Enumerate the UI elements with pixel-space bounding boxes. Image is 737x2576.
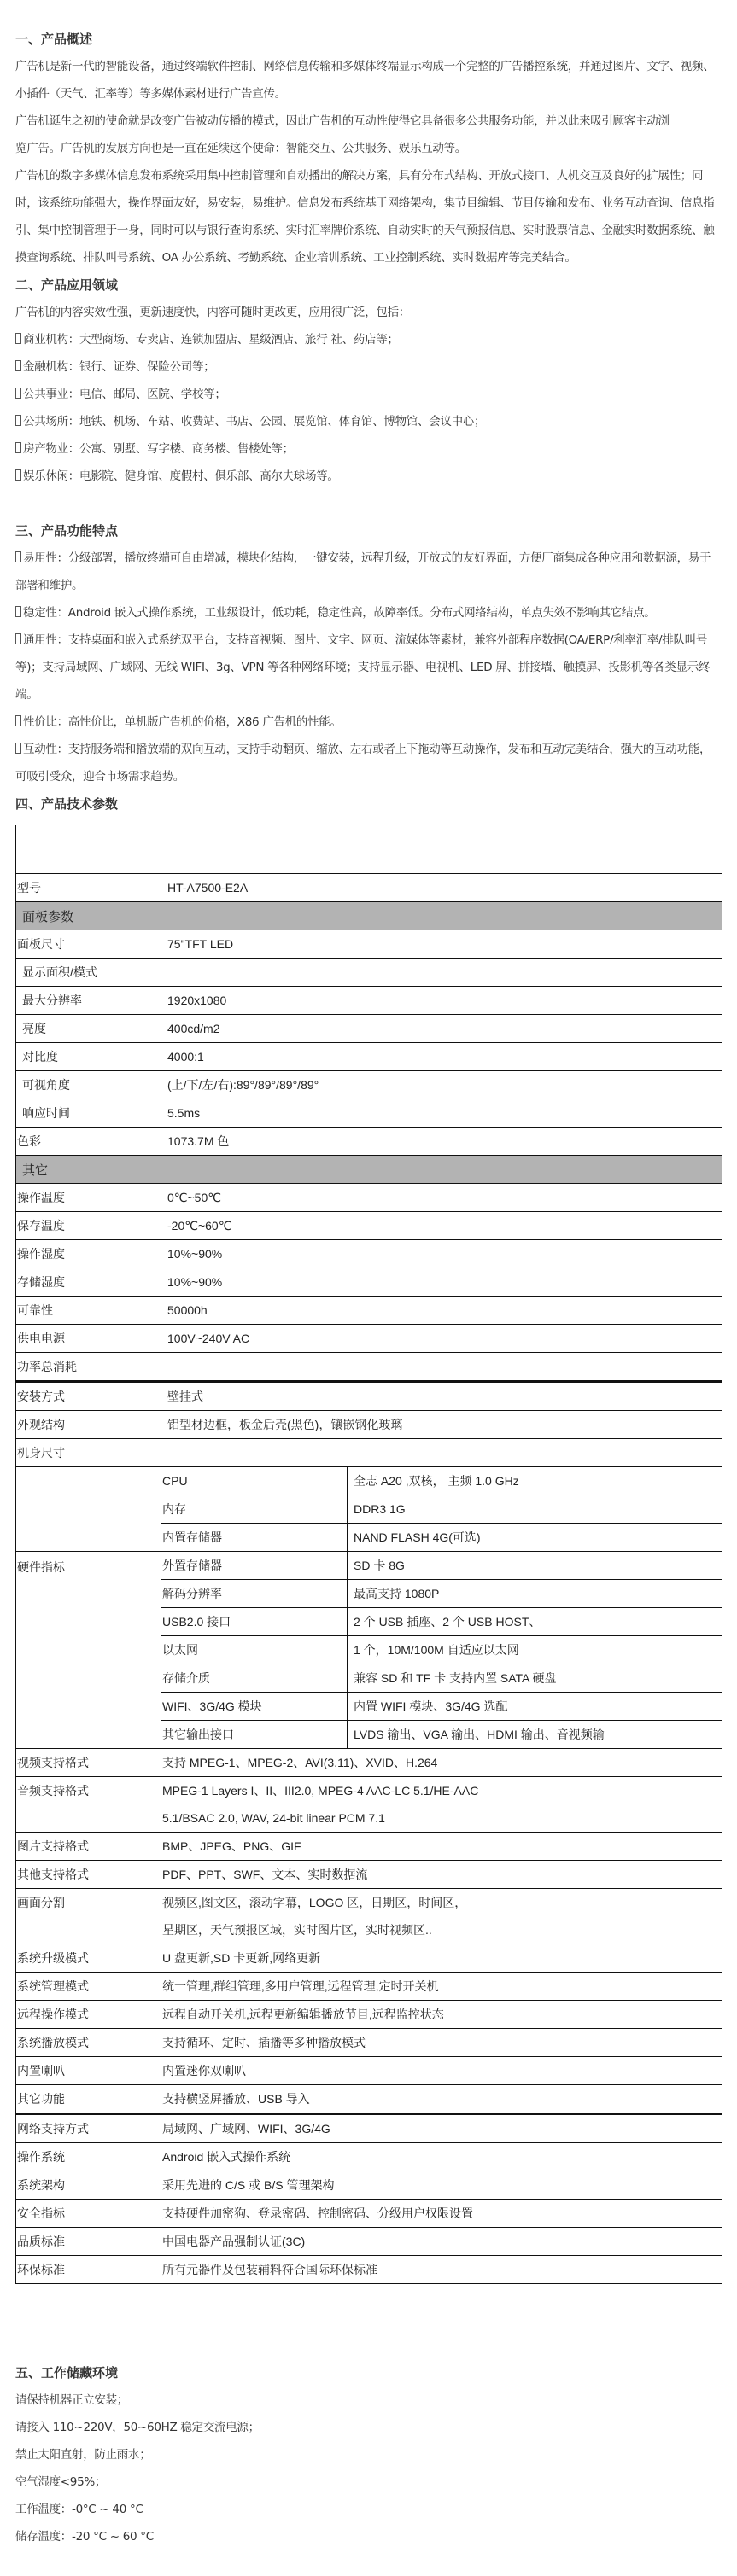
spec-label: 显示面积/模式 [16,959,161,987]
spec-value: 内置迷你双喇叭 [161,2057,722,2085]
spec-label: 存储湿度 [16,1268,161,1297]
spec-label: 亮度 [16,1015,161,1043]
hw-label: 其它输出接口 [161,1721,348,1749]
spec-label: 内置喇叭 [16,2057,161,2085]
hw-value: LVDS 输出、VGA 输出、HDMI 输出、音视频输 [348,1721,722,1749]
system-row: 操作系统Android 嵌入式操作系统 [16,2143,722,2171]
spec-table-blank-row [16,825,722,874]
spec-value [161,1439,722,1467]
format-row: 内置喇叭内置迷你双喇叭 [16,2057,722,2085]
spec-value-multiline: MPEG-1 Layers I、II、III2.0, MPEG-4 AAC-LC… [161,1777,722,1833]
spec-value: 远程自动开关机,远程更新编辑播放节目,远程监控状态 [161,2001,722,2029]
hw-label: 外置存储器 [161,1552,348,1580]
hw-label: CPU [161,1467,348,1495]
spec-label: 色彩 [16,1128,161,1156]
spec-value: HT-A7500-E2A [161,874,722,902]
spec-label: 系统管理模式 [16,1973,161,2001]
format-row: 系统播放模式支持循环、定时、插播等多种播放模式 [16,2029,722,2057]
overview-paragraph: 广告机的数字多媒体信息发布系统采用集中控制管理和自动播出的解决方案，具有分布式结… [15,162,722,271]
hw-label: 存储介质 [161,1664,348,1693]
hw-value: 1 个，10M/100M 自适应以太网 [348,1636,722,1664]
hardware-row: 硬件指标 外置存储器 SD 卡 8G [16,1552,722,1580]
environment-item: 储存温度：-20 °C ~ 60 °C [15,2523,722,2550]
spec-value: Android 嵌入式操作系统 [161,2143,722,2171]
spec-value: 1920x1080 [161,987,722,1015]
spec-value: PDF、PPT、SWF、文本、实时数据流 [161,1861,722,1889]
spec-label: 环保标准 [16,2256,161,2284]
spec-value [161,959,722,987]
system-row: 环保标准所有元器件及包装辅料符合国际环保标准 [16,2256,722,2284]
spec-value: 支持循环、定时、插播等多种播放模式 [161,2029,722,2057]
applications-item: 公共事业：电信、邮局、医院、学校等； [15,381,722,408]
format-row: 视频支持格式支持 MPEG-1、MPEG-2、AVI(3.11)、XVID、H.… [16,1749,722,1777]
spec-value: 75"TFT LED [161,930,722,959]
spec-group-panel: 面板参数 [16,902,722,930]
spec-row: 安装方式壁挂式 [16,1382,722,1411]
hw-label: 以太网 [161,1636,348,1664]
spec-value: U 盘更新,SD 卡更新,网络更新 [161,1944,722,1973]
spec-group-other: 其它 [16,1156,722,1184]
spec-value: 支持横竖屏播放、USB 导入 [161,2085,722,2114]
features-item: 互动性：支持服务端和播放端的双向互动，支持手动翻页、缩放、左右或者上下拖动等互动… [15,736,722,790]
spec-label: 其他支持格式 [16,1861,161,1889]
applications-item: 公共场所：地铁、机场、车站、收费站、书店、公园、展览馆、体育馆、博物馆、会议中心… [15,408,722,435]
spec-value: 1073.7M 色 [161,1128,722,1156]
section-title-specs: 四、产品技术参数 [15,790,722,818]
spec-value: 局域网、广域网、WIFI、3G/4G [161,2114,722,2143]
group-header: 其它 [16,1156,722,1184]
spec-value: 50000h [161,1297,722,1325]
spec-label: 最大分辨率 [16,987,161,1015]
spec-row: 操作湿度10%~90% [16,1240,722,1268]
spec-row: 面板尺寸75"TFT LED [16,930,722,959]
features-item: 稳定性：Android 嵌入式操作系统，工业级设计，低功耗，稳定性高，故障率低。… [15,599,722,627]
spec-label: 远程操作模式 [16,2001,161,2029]
spec-row: 供电电源100V~240V AC [16,1325,722,1353]
spec-value: 支持 MPEG-1、MPEG-2、AVI(3.11)、XVID、H.264 [161,1749,722,1777]
applications-item: 房产物业：公寓、别墅、写字楼、商务楼、售楼处等； [15,435,722,463]
spacer [15,2284,722,2359]
format-row: 其他支持格式PDF、PPT、SWF、文本、实时数据流 [16,1861,722,1889]
hardware-row: CPU 全志 A20 ,双核， 主频 1.0 GHz [16,1467,722,1495]
spec-value: 壁挂式 [161,1382,722,1411]
spec-value: 采用先进的 C/S 或 B/S 管理架构 [161,2171,722,2200]
hw-value: 2 个 USB 插座、2 个 USB HOST、 [348,1608,722,1636]
applications-intro: 广告机的内容实效性强，更新速度快，内容可随时更改更，应用很广泛，包括： [15,299,722,326]
spec-row: 存储湿度10%~90% [16,1268,722,1297]
spec-value: 支持硬件加密狗、登录密码、控制密码、分级用户权限设置 [161,2200,722,2228]
hw-label: 内存 [161,1495,348,1524]
spec-label: 操作系统 [16,2143,161,2171]
overview-paragraph: 广告机是新一代的智能设备，通过终端软件控制、网络信息传输和多媒体终端显示构成一个… [15,53,722,108]
spec-label: 功率总消耗 [16,1353,161,1382]
spec-value: 10%~90% [161,1240,722,1268]
section-title-applications: 二、产品应用领域 [15,271,722,299]
spec-value: 铝型材边框，板金后壳(黑色)，镶嵌钢化玻璃 [161,1411,722,1439]
spec-row: 功率总消耗 [16,1353,722,1382]
format-row: 系统升级模式U 盘更新,SD 卡更新,网络更新 [16,1944,722,1973]
format-row: 图片支持格式BMP、JPEG、PNG、GIF [16,1833,722,1861]
spec-row: 显示面积/模式 [16,959,722,987]
format-row: 系统管理模式统一管理,群组管理,多用户管理,远程管理,定时开关机 [16,1973,722,2001]
group-header: 面板参数 [16,902,722,930]
spec-label: 图片支持格式 [16,1833,161,1861]
hw-value: DDR3 1G [348,1495,722,1524]
spec-label: 音频支持格式 [16,1777,161,1833]
format-row: 远程操作模式远程自动开关机,远程更新编辑播放节目,远程监控状态 [16,2001,722,2029]
spec-label: 品质标准 [16,2228,161,2256]
spec-value: 4000:1 [161,1043,722,1071]
spec-value: 所有元器件及包装辅料符合国际环保标准 [161,2256,722,2284]
spec-value: 0℃~50℃ [161,1184,722,1212]
document-page: 一、产品概述 广告机是新一代的智能设备，通过终端软件控制、网络信息传输和多媒体终… [0,0,737,2550]
spec-label: 面板尺寸 [16,930,161,959]
spec-label: 操作温度 [16,1184,161,1212]
features-item: 易用性：分级部署，播放终端可自由增减，模块化结构，一键安装，远程升级，开放式的友… [15,545,722,599]
spec-label: 系统播放模式 [16,2029,161,2057]
spec-label: 保存温度 [16,1212,161,1240]
spec-label: 安装方式 [16,1382,161,1411]
spec-table: 型号 HT-A7500-E2A 面板参数 面板尺寸75"TFT LED 显示面积… [15,825,722,2284]
spec-row-model: 型号 HT-A7500-E2A [16,874,722,902]
environment-item: 请接入 110~220V，50~60HZ 稳定交流电源； [15,2414,722,2441]
spec-row: 机身尺寸 [16,1439,722,1467]
hw-label: WIFI、3G/4G 模块 [161,1693,348,1721]
applications-item: 商业机构：大型商场、专卖店、连锁加盟店、星级酒店、旅行 社、药店等； [15,326,722,353]
spec-value: 统一管理,群组管理,多用户管理,远程管理,定时开关机 [161,1973,722,2001]
spec-label: 外观结构 [16,1411,161,1439]
value-line: 视频区,图文区，滚动字幕，LOGO 区，日期区，时间区， [162,1889,722,1916]
spec-row: 对比度4000:1 [16,1043,722,1071]
system-row: 品质标准中国电器产品强制认证(3C) [16,2228,722,2256]
spec-label: 对比度 [16,1043,161,1071]
spec-label: 机身尺寸 [16,1439,161,1467]
blank-cell [16,825,722,874]
system-row: 安全指标支持硬件加密狗、登录密码、控制密码、分级用户权限设置 [16,2200,722,2228]
hw-value: SD 卡 8G [348,1552,722,1580]
format-row: 其它功能支持横竖屏播放、USB 导入 [16,2085,722,2114]
hw-value: 最高支持 1080P [348,1580,722,1608]
spec-value-multiline: 视频区,图文区，滚动字幕，LOGO 区，日期区，时间区， 星期区，天气预报区域，… [161,1889,722,1944]
hw-value: 内置 WIFI 模块、3G/4G 选配 [348,1693,722,1721]
value-line: 星期区，天气预报区域，实时图片区，实时视频区.. [162,1916,722,1944]
spec-row: 最大分辨率1920x1080 [16,987,722,1015]
hw-label: 内置存储器 [161,1524,348,1552]
format-row: 画面分割 视频区,图文区，滚动字幕，LOGO 区，日期区，时间区， 星期区，天气… [16,1889,722,1944]
section-title-overview: 一、产品概述 [15,26,722,53]
section-title-features: 三、产品功能特点 [15,517,722,545]
spec-row: 可靠性50000h [16,1297,722,1325]
spec-row: 保存温度-20℃~60℃ [16,1212,722,1240]
hw-value: 全志 A20 ,双核， 主频 1.0 GHz [348,1467,722,1495]
applications-item: 金融机构：银行、证券、保险公司等； [15,353,722,381]
features-item: 通用性：支持桌面和嵌入式系统双平台，支持音视频、图片、文字、网页、流媒体等素材，… [15,627,722,708]
spec-row: 外观结构铝型材边框，板金后壳(黑色)，镶嵌钢化玻璃 [16,1411,722,1439]
spacer [15,490,722,517]
hw-value: NAND FLASH 4G(可选) [348,1524,722,1552]
spec-value: BMP、JPEG、PNG、GIF [161,1833,722,1861]
hardware-group-label: 硬件指标 [16,1552,161,1749]
spec-label: 安全指标 [16,2200,161,2228]
spec-label: 系统升级模式 [16,1944,161,1973]
spec-value: 400cd/m2 [161,1015,722,1043]
spec-label: 网络支持方式 [16,2114,161,2143]
spec-value: 中国电器产品强制认证(3C) [161,2228,722,2256]
spec-value: -20℃~60℃ [161,1212,722,1240]
features-item: 性价比：高性价比，单机版广告机的价格，X86 广告机的性能。 [15,708,722,736]
spec-label: 响应时间 [16,1099,161,1128]
spec-label: 型号 [16,874,161,902]
format-row: 音频支持格式 MPEG-1 Layers I、II、III2.0, MPEG-4… [16,1777,722,1833]
spec-value: 10%~90% [161,1268,722,1297]
spec-label: 供电电源 [16,1325,161,1353]
spec-value [161,1353,722,1382]
environment-item: 请保持机器正立安装； [15,2387,722,2414]
spec-value: (上/下/左/右):89°/89°/89°/89° [161,1071,722,1099]
hw-label: 解码分辨率 [161,1580,348,1608]
environment-item: 禁止太阳直射，防止雨水； [15,2441,722,2468]
spec-value: 100V~240V AC [161,1325,722,1353]
spec-row: 操作温度0℃~50℃ [16,1184,722,1212]
system-row: 网络支持方式局域网、广域网、WIFI、3G/4G [16,2114,722,2143]
spec-label: 其它功能 [16,2085,161,2114]
overview-paragraph: 广告机诞生之初的使命就是改变广告被动传播的模式，因此广告机的互动性使得它具备很多… [15,108,722,135]
spec-row: 色彩1073.7M 色 [16,1128,722,1156]
spec-label: 可靠性 [16,1297,161,1325]
spec-label: 视频支持格式 [16,1749,161,1777]
environment-item: 工作温度：-0°C ~ 40 °C [15,2496,722,2523]
applications-item: 娱乐休闲：电影院、健身馆、度假村、俱乐部、高尔夫球场等。 [15,463,722,490]
spec-row: 响应时间5.5ms [16,1099,722,1128]
hw-label: USB2.0 接口 [161,1608,348,1636]
section-title-environment: 五、工作储藏环境 [15,2359,722,2387]
system-row: 系统架构采用先进的 C/S 或 B/S 管理架构 [16,2171,722,2200]
hardware-empty-cell [16,1467,161,1552]
hw-value: 兼容 SD 和 TF 卡 支持内置 SATA 硬盘 [348,1664,722,1693]
environment-item: 空气湿度<95%； [15,2468,722,2496]
overview-paragraph: 览广告。广告机的发展方向也是一直在延续这个使命：智能交互、公共服务、娱乐互动等。 [15,135,722,162]
spec-label: 系统架构 [16,2171,161,2200]
value-line: MPEG-1 Layers I、II、III2.0, MPEG-4 AAC-LC… [162,1777,722,1804]
spec-label: 可视角度 [16,1071,161,1099]
value-line: 5.1/BSAC 2.0, WAV, 24-bit linear PCM 7.1 [162,1804,722,1832]
spec-row: 可视角度(上/下/左/右):89°/89°/89°/89° [16,1071,722,1099]
spec-row: 亮度400cd/m2 [16,1015,722,1043]
spec-label: 操作湿度 [16,1240,161,1268]
spec-value: 5.5ms [161,1099,722,1128]
spec-label: 画面分割 [16,1889,161,1944]
